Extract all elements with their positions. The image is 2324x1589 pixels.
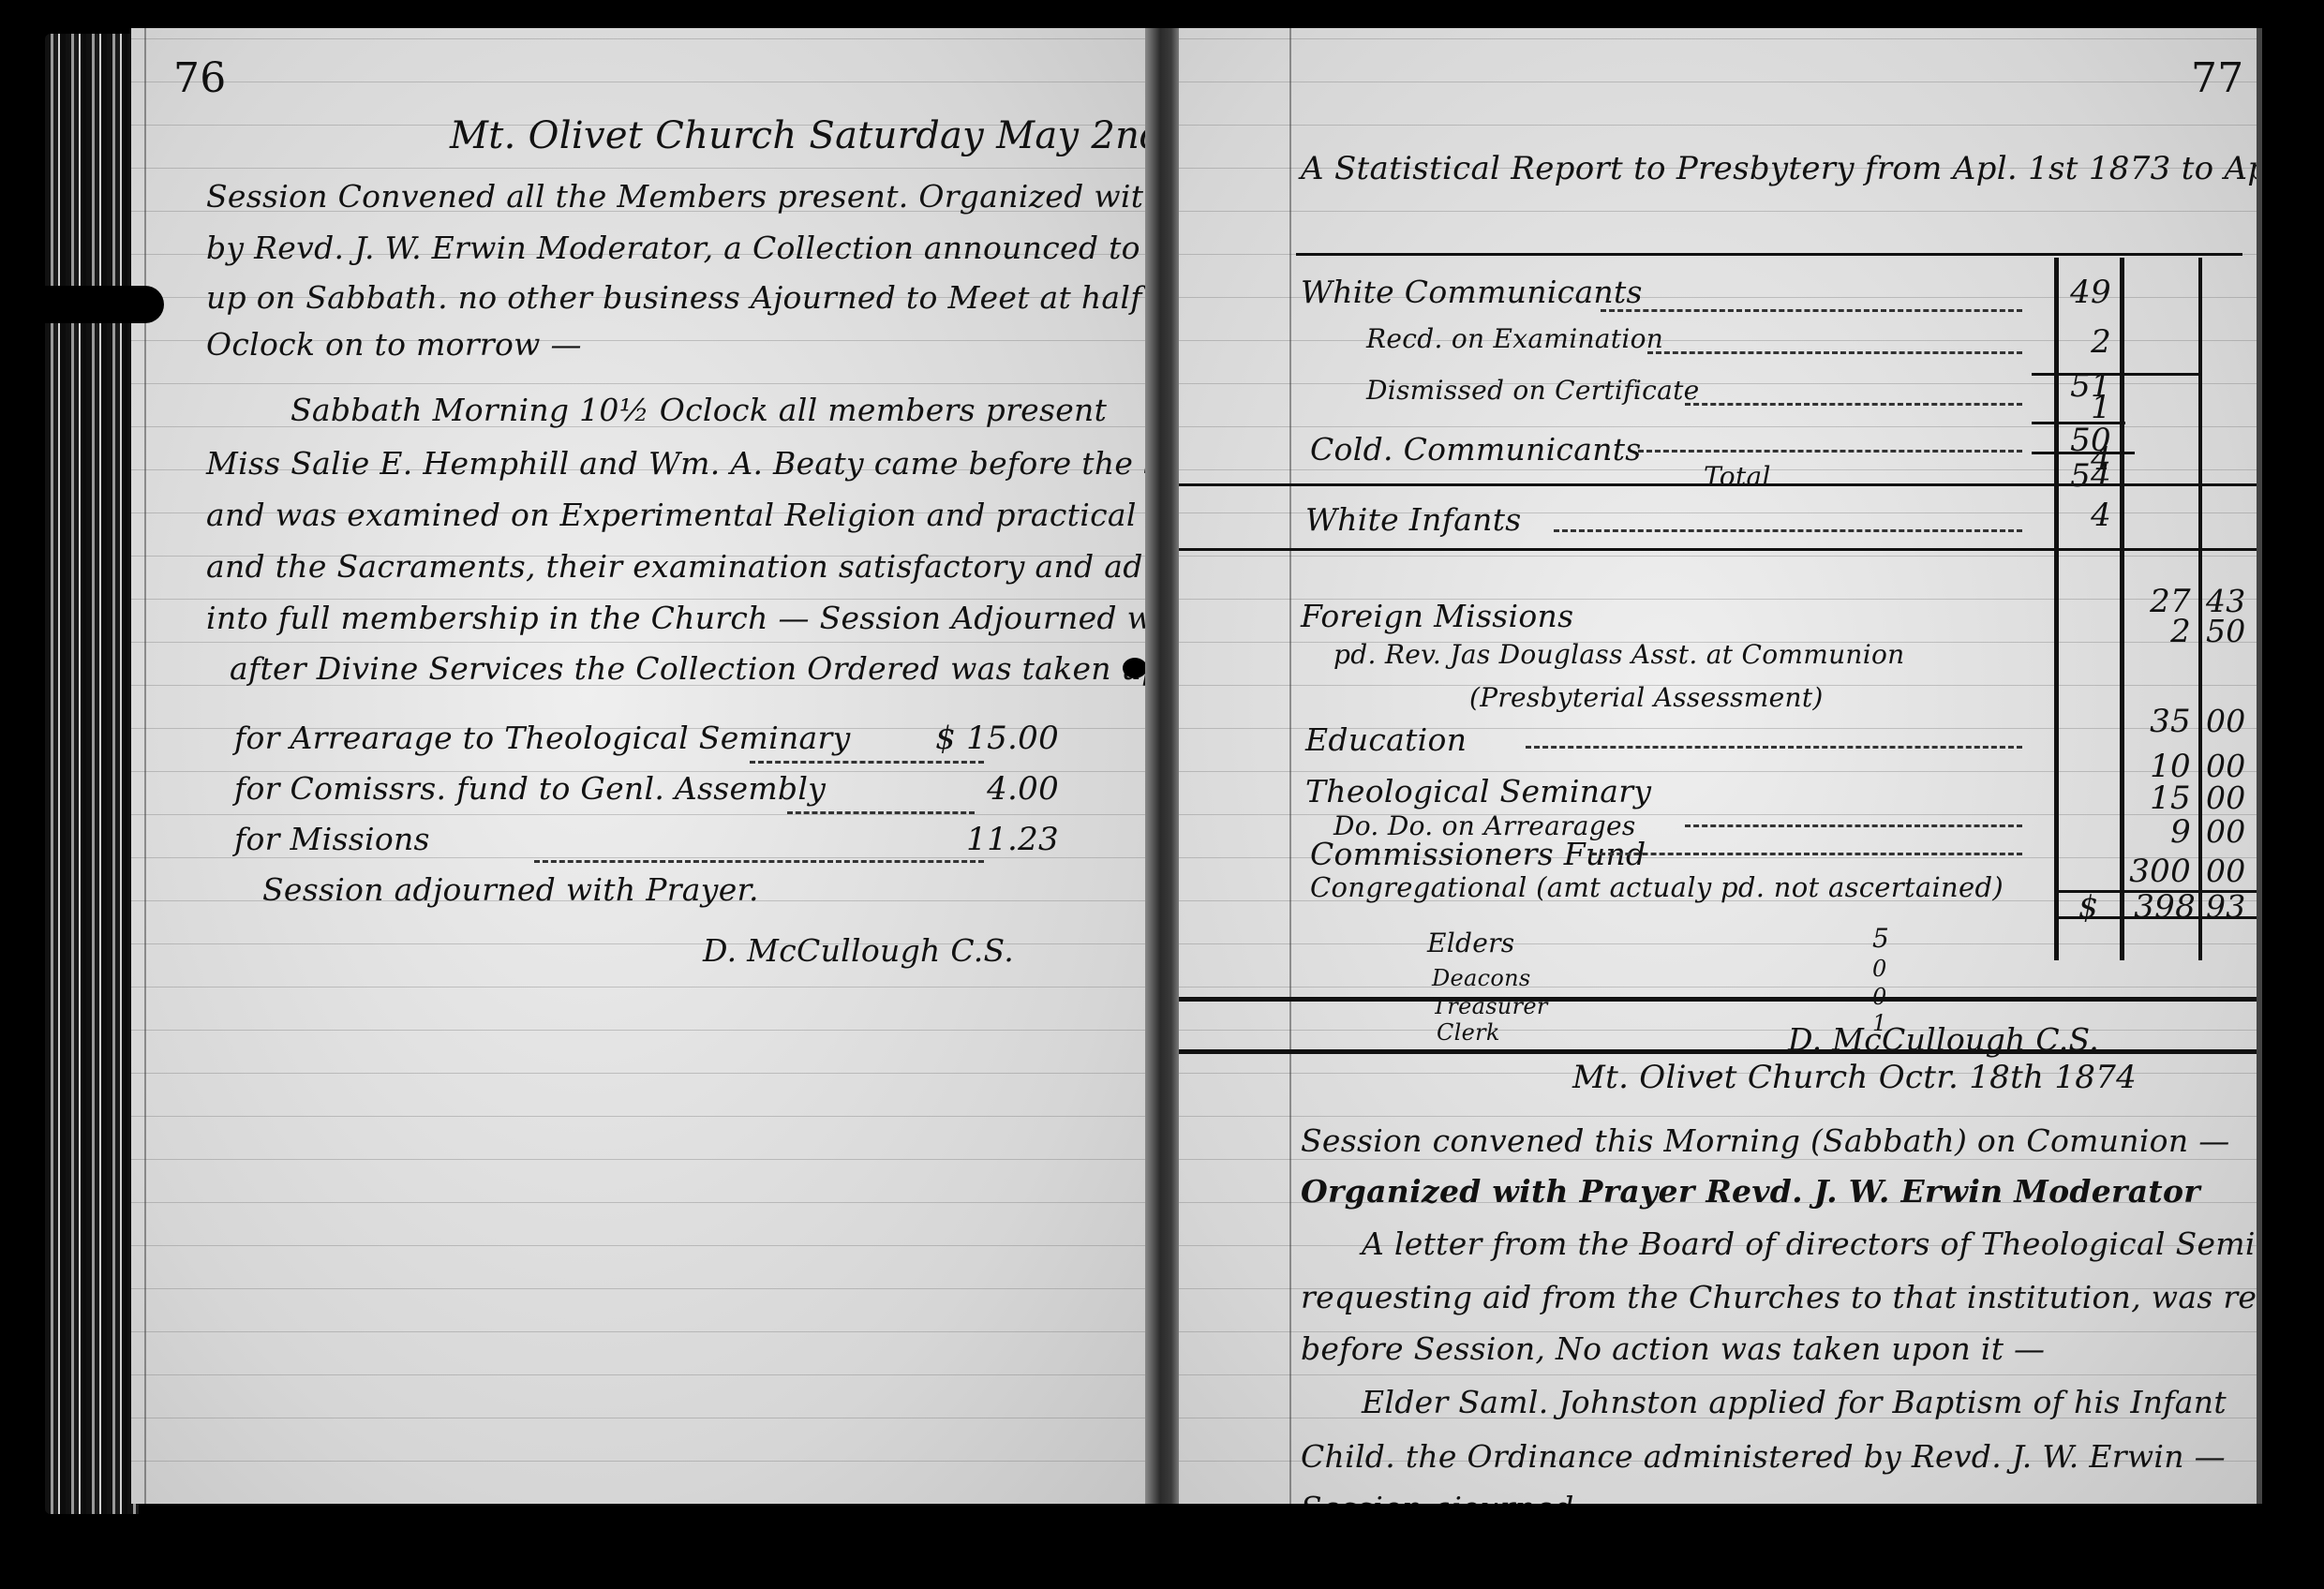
contribution-dollars: 2 (2125, 613, 2191, 650)
contribution-label: Foreign Missions (1301, 598, 1573, 634)
contribution-dollars: 300 (2116, 853, 2191, 890)
contribution-dollars: 35 (2125, 703, 2191, 740)
total-cents: 93 (2206, 888, 2246, 925)
closing-line: Session adjourned with Prayer. (262, 871, 759, 908)
subtotal-rule (2032, 373, 2200, 376)
contribution-label: Education (1305, 721, 1467, 758)
collection-label: for Missions (234, 821, 430, 857)
contribution-cents: 00 (2206, 703, 2246, 739)
collection-label: for Comissrs. fund to Genl. Assembly (234, 770, 826, 807)
contribution-cents: 00 (2206, 853, 2246, 889)
contribution-dollars: 9 (2125, 813, 2191, 851)
column-rule (2054, 258, 2059, 960)
stat-value: 49 (2060, 274, 2111, 311)
stat-value: 4 (2060, 497, 2111, 534)
total-currency: $ (2078, 888, 2098, 925)
contribution-label: (Presbyterial Assessment) (1469, 682, 1824, 713)
contribution-cents: 50 (2206, 613, 2246, 649)
section-rule (1179, 997, 2257, 1002)
leader-dashes (1638, 450, 2022, 453)
leader-dashes (1601, 309, 2022, 312)
contribution-dollars: 15 (2125, 780, 2191, 817)
minutes-line: A letter from the Board of directors of … (1362, 1225, 2262, 1262)
officer-value: 0 (1872, 984, 1887, 1010)
collection-label: for Arrearage to Theological Seminary (234, 720, 851, 756)
minutes-line: and the Sacraments, their examination sa… (206, 548, 1145, 585)
minutes-line: and was examined on Experimental Religio… (206, 497, 1145, 533)
contribution-cents: 00 (2206, 780, 2246, 816)
collection-amount: 11.23 (871, 821, 1059, 858)
contribution-label: Congregational (amt actualy pd. not asce… (1310, 871, 2004, 903)
officer-label: Clerk (1437, 1019, 1500, 1046)
stat-label: Cold. Communicants (1310, 431, 1642, 468)
leader-dashes (1685, 403, 2022, 406)
total-dollars: 398 (2125, 888, 2196, 926)
minutes-line: Session ajourned. (1301, 1490, 1584, 1504)
stat-label: White Infants (1305, 501, 1522, 538)
leader-dashes (534, 860, 984, 863)
leader-dashes (1647, 351, 2022, 354)
section-rule (1179, 548, 2257, 551)
stat-total: 54 (2060, 457, 2111, 495)
officer-label: Treasurer (1432, 993, 1548, 1019)
minutes-line: before Session, No action was taken upon… (1301, 1330, 2045, 1367)
minutes-line: Session convened this Morning (Sabbath) … (1301, 1122, 2230, 1159)
page-number: 77 (2191, 54, 2244, 102)
minutes-line: Organized with Prayer Revd. J. W. Erwin … (1301, 1173, 2200, 1210)
collection-amount: 4.00 (871, 770, 1059, 808)
leader-dashes (1526, 746, 2022, 749)
officer-value: 0 (1872, 956, 1887, 982)
entry-separator-rule (1179, 1049, 2257, 1054)
clerk-signature: D. McCullough C.S. (703, 932, 1014, 969)
contribution-cents: 00 (2206, 813, 2246, 850)
left-margin-rule (144, 28, 146, 1504)
stat-value: 2 (2060, 323, 2111, 361)
minutes-line: Miss Salie E. Hemphill and Wm. A. Beaty … (206, 445, 1145, 482)
entry-heading: Mt. Olivet Church Octr. 18th 1874 (1572, 1059, 2137, 1096)
stat-label: Recd. on Examination (1366, 323, 1663, 354)
minutes-line: Sabbath Morning 10½ Oclock all members p… (290, 392, 1107, 428)
right-page: 77 A Statistical Report to Presbytery fr… (1179, 28, 2262, 1504)
minutes-line: by Revd. J. W. Erwin Moderator, a Collec… (206, 230, 1145, 266)
collection-amount: $ 15.00 (871, 720, 1059, 757)
page-stack-edges (45, 34, 139, 1514)
officer-value: 5 (1872, 923, 1889, 954)
officer-label: Elders (1427, 928, 1514, 958)
leader-dashes (1554, 529, 2022, 532)
right-margin-rule (1289, 28, 1291, 1504)
officer-label: Deacons (1432, 965, 1531, 991)
leader-dashes (1685, 824, 2022, 827)
minutes-line: Elder Saml. Johnston applied for Baptism… (1362, 1384, 2227, 1420)
page-clip (37, 286, 164, 323)
table-top-rule (1296, 253, 2242, 256)
minutes-line: up on Sabbath. no other business Ajourne… (206, 279, 1145, 316)
report-heading: A Statistical Report to Presbytery from … (1301, 150, 2262, 187)
minutes-line: into full membership in the Church — Ses… (206, 600, 1145, 636)
leader-dashes (1591, 853, 2022, 855)
contribution-label: Theological Seminary (1305, 773, 1651, 809)
minutes-line: Session Convened all the Members present… (206, 178, 1145, 215)
page-number: 76 (173, 54, 227, 102)
stat-label: White Communicants (1301, 274, 1643, 310)
left-page: 76 Mt. Olivet Church Saturday May 2nd 18… (131, 28, 1145, 1504)
leader-dashes (750, 761, 984, 764)
stat-label: Total (1704, 461, 1771, 492)
minutes-line: Oclock on to morrow — (206, 326, 582, 363)
book-gutter (1145, 28, 1183, 1504)
stat-label: Dismissed on Certificate (1366, 375, 1700, 406)
entry-heading: Mt. Olivet Church Saturday May 2nd 1874 (450, 114, 1145, 157)
open-minute-book: 76 Mt. Olivet Church Saturday May 2nd 18… (0, 0, 2324, 1589)
stat-value: 1 (2060, 389, 2111, 426)
minutes-line: after Divine Services the Collection Ord… (230, 650, 1145, 687)
minutes-line: requesting aid from the Churches to that… (1301, 1279, 2262, 1315)
column-rule (2198, 258, 2202, 960)
minutes-line: Child. the Ordinance administered by Rev… (1301, 1438, 2226, 1475)
ink-blot (1123, 658, 1145, 678)
leader-dashes (787, 811, 975, 814)
contribution-label: pd. Rev. Jas Douglass Asst. at Communion (1333, 639, 1905, 670)
